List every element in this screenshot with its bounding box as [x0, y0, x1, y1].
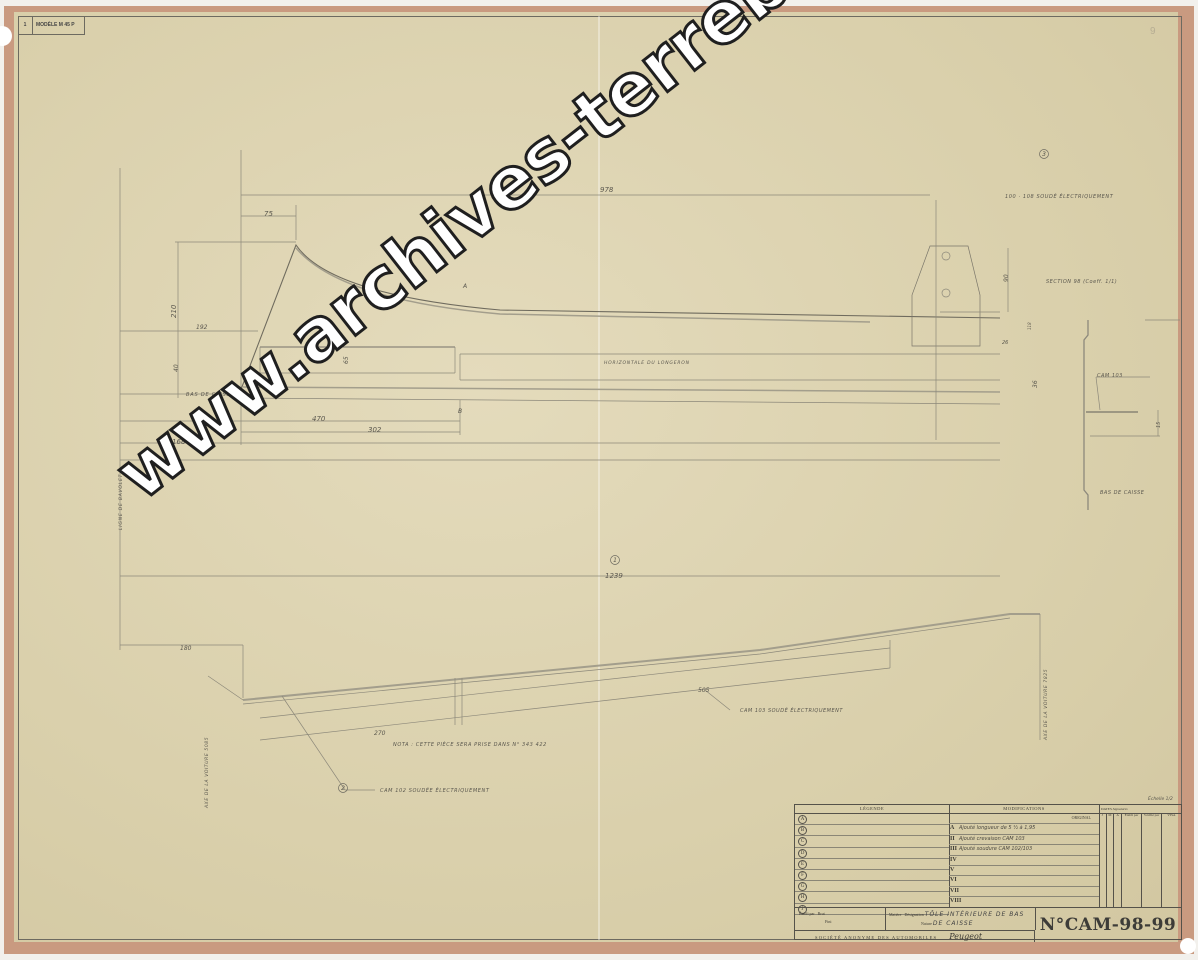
col-etabli: Établi par [1122, 813, 1142, 907]
modification-row: VII [949, 887, 1099, 897]
callout-part-2: 2 [341, 785, 345, 792]
drawing-number: N°CAM-98-99 [1035, 908, 1181, 942]
legend-marker: F [798, 871, 807, 880]
dim-75: 75 [264, 210, 273, 218]
col-j: J [1099, 813, 1107, 907]
legend-section: LÉGENDE A B C D E F G H J [795, 805, 950, 907]
drawn-by-section: Établi par Brut Fini [795, 908, 886, 930]
col-a: A [1114, 813, 1122, 907]
brand-signature: Peugeot [949, 932, 982, 941]
nature-value: DE CAISSE [933, 920, 974, 927]
dim-180: 180 [180, 645, 192, 652]
dim-978: 978 [600, 186, 614, 194]
legend-marker: H [798, 893, 807, 902]
dim-210: 210 [170, 304, 178, 318]
dim-90: 90 [1003, 274, 1010, 282]
modification-row: AAjouté longueur de 5 ½ à 1,95 [949, 824, 1099, 834]
dim-1239: 1239 [605, 572, 623, 580]
label-cam-102: CAM 102 SOUDÉE ÉLECTRIQUEMENT [380, 786, 490, 794]
legend-marker: A [798, 815, 807, 824]
label-scale: Échelle 1/2 [1148, 794, 1173, 802]
legend-marker: E [798, 860, 807, 869]
modification-row: VIII [949, 897, 1099, 907]
col-visa: VISA [1162, 813, 1181, 907]
dim-15: 15 [1156, 422, 1162, 428]
label-cam-103-soude: CAM 103 SOUDÉ ÉLECTRIQUEMENT [740, 706, 843, 714]
legend-marker: B [798, 826, 807, 835]
title-block: LÉGENDE A B C D E F G H J MODIFICATIONS … [794, 804, 1182, 940]
legend-marker: D [798, 849, 807, 858]
label-ligne-de-bavolet: LIGNE DE BAVOLET [118, 473, 124, 530]
section-mark-a: A [462, 283, 467, 290]
col-m: M [1107, 813, 1115, 907]
modifications-section: MODIFICATIONS ORIGINAL AAjouté longueur … [949, 805, 1100, 907]
label-bas-de-caisse-right: BAS DE CAISSE [1100, 490, 1145, 496]
dim-36: 36 [1032, 380, 1039, 388]
modification-row: IIIAjouté soudure CAM 102/103 [949, 845, 1099, 855]
label-axe-left: AXE DE LA VOITURE 5085 [204, 737, 210, 809]
designation-value: TÔLE INTÉRIEURE DE BAS [925, 911, 1024, 918]
title-block-bottom: Établi par Brut Fini Matière Désignation… [795, 907, 1181, 942]
dim-192: 192 [196, 324, 208, 331]
label-axe-right: AXE DE LA VOITURE 7825 [1043, 669, 1049, 741]
dim-26: 26 [1002, 340, 1008, 346]
designation-section: Matière Désignation TÔLE INTÉRIEURE DE B… [885, 908, 1036, 930]
dim-40: 40 [173, 364, 180, 372]
dim-505: 505 [698, 687, 710, 694]
col-verifie: Vérifié par [1142, 813, 1162, 907]
modifications-header: MODIFICATIONS [949, 805, 1099, 814]
modification-row: IIAjouté crevaison CAM 103 [949, 835, 1099, 845]
modification-row: VI [949, 876, 1099, 886]
section-mark-b: B [458, 408, 462, 415]
modification-row: IV [949, 856, 1099, 866]
original-label: ORIGINAL [1072, 815, 1091, 820]
legend-marker: C [798, 837, 807, 846]
label-soude-top: 100 · 108 SOUDÉ ÉLECTRIQUEMENT [1005, 192, 1114, 200]
dim-118: 118 [1027, 322, 1032, 330]
legend-header: LÉGENDE [795, 805, 949, 814]
dim-470: 470 [312, 415, 326, 423]
label-horizontale-longeron: HORIZONTALE DU LONGERON [604, 360, 690, 366]
dim-302: 302 [368, 426, 382, 434]
company-line: SOCIÉTÉ ANONYME DES AUTOMOBILESPeugeot [795, 930, 1035, 942]
callout-part-3: 3 [1042, 151, 1046, 158]
dim-270: 270 [374, 730, 386, 737]
callout-part-1: 1 [613, 557, 617, 564]
pin-hole [1180, 938, 1196, 954]
label-section-98: SECTION 98 (Coeff. 1/1) [1046, 279, 1117, 285]
dates-section: DATES Signatures J M A Établi par Vérifi… [1099, 805, 1181, 907]
modification-row: V [949, 866, 1099, 876]
label-cam-103: CAM 103 [1097, 373, 1123, 379]
label-nota: NOTA : CETTE PIÈCE SERA PRISE DANS N° 34… [393, 740, 547, 748]
legend-marker: G [798, 882, 807, 891]
